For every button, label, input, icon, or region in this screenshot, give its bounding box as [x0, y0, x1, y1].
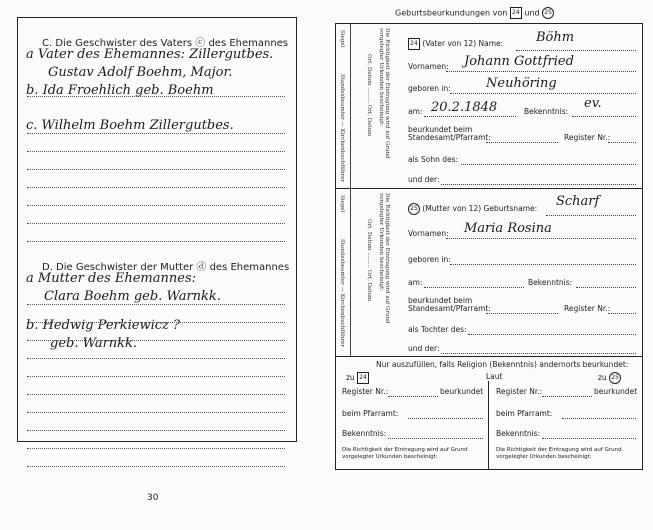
father-und-label: und der:: [408, 175, 440, 184]
field-line: [424, 116, 516, 117]
field-line: [441, 184, 636, 185]
section-d-entry-b: b. Hedwig Perkiewicz ?: [26, 318, 180, 333]
circle-25: 25: [609, 372, 621, 384]
father-vornamen-value: Johann Gottfried: [464, 54, 574, 69]
circle-25: 25: [542, 7, 554, 19]
field-line: [608, 142, 636, 143]
box-24: 24: [510, 7, 522, 19]
mother-richtigkeit: Die Richtigkeit der Eintragung wird auf …: [376, 193, 390, 353]
field-line: [576, 287, 636, 288]
ruled-line: [27, 223, 285, 224]
label: (Vater von 12) Name:: [422, 39, 503, 48]
field-line: [446, 238, 636, 239]
ruled-line: [27, 466, 285, 467]
section-c-entry-c: c. Wilhelm Boehm Zillergutbes.: [26, 118, 234, 133]
field-line: [546, 215, 636, 216]
field-line: [486, 142, 558, 143]
section-c-entry-a-cont: Gustav Adolf Boehm, Major.: [48, 65, 232, 80]
mother-vornamen-value: Maria Rosina: [464, 221, 552, 236]
mother-tochter-label: als Tochter des:: [408, 325, 467, 334]
mother-name-label: 25 (Mutter von 12) Geburtsname:: [408, 203, 537, 215]
mother-ort-datum: Ort, Datum ......... Ort, Datum: [366, 219, 372, 301]
field-line: [461, 164, 636, 165]
left-note: Die Richtigkeit der Eintragung wird auf …: [342, 447, 482, 461]
ruled-line: [27, 340, 285, 341]
field-line: [516, 50, 636, 51]
section-d-entry-a: a Mutter des Ehemannes:: [26, 271, 196, 286]
religion-laut: Laut: [486, 372, 502, 381]
father-geboren-label: geboren in:: [408, 84, 451, 93]
ruled-line: [27, 376, 285, 377]
father-ort-datum: Ort, Datum ......... Ort, Datum: [366, 54, 372, 136]
field-line: [542, 396, 592, 397]
column-divider: [488, 381, 489, 469]
field-line: [450, 93, 636, 94]
father-am-label: am:: [408, 107, 422, 116]
title-and: und: [524, 9, 539, 18]
mother-und-label: und der:: [408, 344, 440, 353]
field-line: [562, 418, 636, 419]
father-register-label: Register Nr.:: [564, 133, 610, 142]
mother-register-label: Register Nr.:: [564, 304, 610, 313]
mother-geboren-label: geboren in:: [408, 255, 451, 264]
ruled-line: [27, 430, 285, 431]
field-line: [572, 116, 636, 117]
label: (Mutter von 12) Geburtsname:: [422, 204, 537, 213]
field-line: [446, 71, 636, 72]
mother-bekenntnis-label: Bekenntnis:: [528, 278, 572, 287]
ruled-line: [27, 394, 285, 395]
ruled-line: [27, 169, 285, 170]
section-d-entry-a-cont: Clara Boehm geb. Warnkk.: [44, 289, 221, 304]
field-line: [450, 264, 636, 265]
section-d-entry-b-cont: geb. Warnkk.: [50, 336, 137, 351]
ruled-line: [27, 304, 285, 305]
religion-zu-right: zu 25: [598, 372, 621, 384]
right-beurkundet-label: beurkundet: [594, 387, 637, 396]
father-sohn-label: als Sohn des:: [408, 155, 458, 164]
ruled-line: [27, 187, 285, 188]
ruled-line: [27, 133, 285, 134]
mother-standesbeamter: Standesbeamter — Kirchenbuchführer: [339, 239, 345, 347]
field-line: [388, 396, 438, 397]
father-name-value: Böhm: [536, 30, 574, 45]
ruled-line: [27, 241, 285, 242]
label: zu: [598, 373, 607, 382]
right-page-frame: Siegel Standesbeamter — Kirchenbuchführe…: [335, 23, 643, 470]
ruled-line: [27, 412, 285, 413]
left-beurkundet-label: beurkundet: [440, 387, 483, 396]
father-bekenntnis-label: Bekenntnis:: [524, 107, 568, 116]
section-c-entry-a: a Vater des Ehemannes: Zillergutbes.: [26, 47, 273, 62]
mother-standesamt-label: Standesamt/Pfarramt:: [408, 304, 491, 313]
field-line: [441, 353, 636, 354]
father-am-value: 20.2.1848: [431, 100, 497, 115]
ruled-line: [27, 96, 285, 97]
mother-vornamen-label: Vornamen:: [408, 229, 449, 238]
right-note: Die Richtigkeit der Eintragung wird auf …: [496, 447, 636, 461]
father-name-label: 24 (Vater von 12) Name:: [408, 38, 503, 50]
father-vornamen-label: Vornamen:: [408, 62, 449, 71]
father-geboren-value: Neuhöring: [486, 76, 557, 91]
label: zu: [346, 373, 355, 382]
left-page-frame: [17, 17, 297, 442]
father-richtigkeit: Die Richtigkeit der Eintragung wird auf …: [376, 28, 390, 188]
religion-heading: Nur auszufüllen, falls Religion (Bekennt…: [376, 360, 628, 369]
father-standesbeamter: Standesbeamter — Kirchenbuchführer: [339, 74, 345, 182]
field-line: [608, 313, 636, 314]
page-number: 30: [147, 493, 158, 503]
circle-25: 25: [408, 203, 420, 215]
mother-am-label: am:: [408, 278, 422, 287]
mother-section: Siegel Standesbeamter — Kirchenbuchführe…: [336, 189, 642, 357]
box-24: 24: [357, 372, 369, 384]
title-text: Geburtsbeurkundungen von: [395, 9, 507, 18]
father-siegel: Siegel: [339, 30, 345, 47]
father-bekenntnis-value: ev.: [584, 96, 602, 111]
mother-siegel: Siegel: [339, 195, 345, 212]
field-line: [486, 313, 558, 314]
field-line: [468, 334, 636, 335]
father-standesamt-label: Standesamt/Pfarramt:: [408, 133, 491, 142]
left-pfarramt-label: beim Pfarramt:: [342, 409, 398, 418]
right-page-title: Geburtsbeurkundungen von 24 und 25: [395, 7, 554, 19]
ruled-line: [27, 151, 285, 152]
right-pfarramt-label: beim Pfarramt:: [496, 409, 552, 418]
field-line: [388, 438, 483, 439]
right-register-label: Register Nr.:: [496, 387, 542, 396]
field-line: [542, 438, 636, 439]
ruled-line: [27, 322, 285, 323]
ruled-line: [27, 448, 285, 449]
ruled-line: [27, 358, 285, 359]
field-line: [408, 418, 483, 419]
left-bekenntnis-label: Bekenntnis:: [342, 429, 386, 438]
box-24: 24: [408, 38, 420, 50]
religion-section: Nur auszufüllen, falls Religion (Bekennt…: [336, 357, 642, 469]
father-section: Siegel Standesbeamter — Kirchenbuchführe…: [336, 24, 642, 189]
field-line: [424, 287, 524, 288]
mother-name-value: Scharf: [556, 194, 599, 209]
ruled-line: [27, 205, 285, 206]
left-register-label: Register Nr.:: [342, 387, 388, 396]
right-bekenntnis-label: Bekenntnis:: [496, 429, 540, 438]
religion-zu-left: zu 24: [346, 372, 369, 384]
